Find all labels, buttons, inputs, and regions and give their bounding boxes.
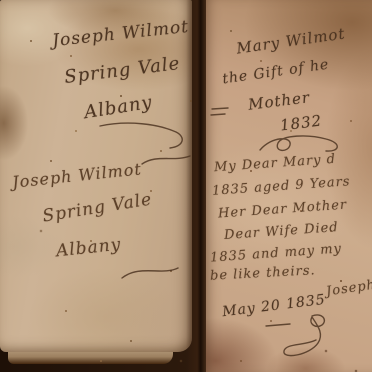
ink-flourish [120,262,180,282]
ink-loop-flourish [256,134,356,156]
ink-dash-mark [210,106,234,118]
foxing-speckles-right [230,30,232,32]
ink-flourish [140,150,192,168]
ink-flourish [98,118,190,152]
open-book-photo: Joseph Wilmot Spring Vale Albany Joseph … [0,0,372,372]
foxing-speckles-left [30,40,32,42]
ink-signature-squiggle [264,312,364,368]
